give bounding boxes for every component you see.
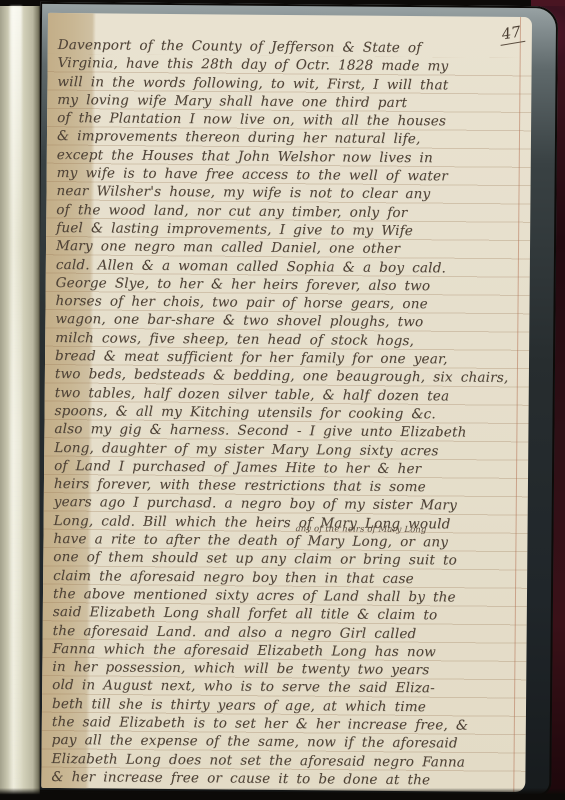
adjacent-page-edge: [0, 6, 40, 800]
interlineation-note: any of the heirs of Mary Long: [296, 524, 427, 535]
bottom-shadow: [0, 788, 565, 800]
photo-of-manuscript: 47 Davenport of the County of Jefferson …: [0, 0, 565, 800]
manuscript-lines: Davenport of the County of Jefferson & S…: [51, 36, 528, 790]
book: 47 Davenport of the County of Jefferson …: [0, 0, 565, 800]
page-edge-sheen: [10, 6, 22, 800]
manuscript-page: 47 Davenport of the County of Jefferson …: [41, 13, 532, 792]
